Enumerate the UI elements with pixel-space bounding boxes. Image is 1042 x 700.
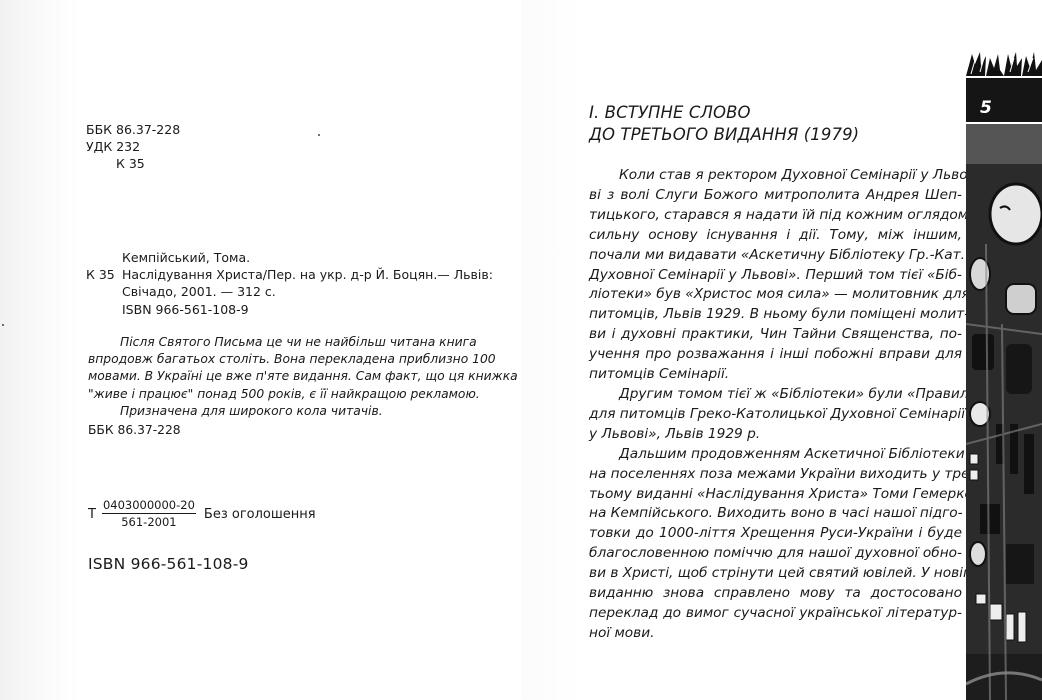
body-line: благословенною поміччю для нашої духовно…	[589, 544, 962, 564]
chapter-heading-line2: ДО ТРЕТЬОГО ВИДАННЯ (1979)	[589, 124, 859, 146]
catalog-author: Кемпійський, Тома.	[122, 249, 250, 266]
annotation-audience: Призначена для широкого кола читачів.	[88, 403, 474, 420]
chapter-body: Коли став я ректором Духовної Семінарії …	[589, 166, 962, 644]
body-line: ви і духовні практики, Чин Тайни Священс…	[589, 325, 962, 345]
print-code-fraction: 0403000000-20 561-2001	[102, 499, 196, 529]
catalog-entry: Кемпійський, Тома. К 35Наслідування Хрис…	[86, 249, 493, 318]
body-line: виданню знова справлено мову та достосов…	[589, 584, 962, 604]
body-line: для питомців Греко-Католицької Духовної …	[589, 405, 962, 425]
udk-code: УДК 232	[86, 138, 180, 155]
author-mark: К 35	[86, 155, 180, 172]
annotation-line: впродовж багатьох століть. Вона переклад…	[88, 351, 474, 368]
chapter-heading-line1: І. ВСТУПНЕ СЛОВО	[589, 102, 859, 124]
body-line: тьому виданні «Наслідування Христа» Томи…	[589, 485, 962, 505]
left-page: ББК 86.37-228 УДК 232 К 35 Кемпійський, …	[0, 0, 521, 700]
body-line: товки до 1000-ліття Хрещення Руси-Україн…	[589, 524, 962, 544]
body-line: ліотеки» був «Христос моя сила» — молито…	[589, 285, 962, 305]
body-line: питомців Семінарії.	[589, 365, 962, 385]
body-line: сильну основу існування і дії. Тому, між…	[589, 226, 962, 246]
print-code-numerator: 0403000000-20	[102, 499, 196, 514]
page-number-box: 5	[966, 78, 1042, 122]
print-code-letter: Т	[88, 507, 96, 522]
catalog-title: Наслідування Христа/Пер. на укр. д-р Й. …	[122, 266, 493, 283]
print-speck	[318, 134, 320, 136]
body-line: ві з волі Слуги Божого митрополита Андре…	[589, 186, 962, 206]
body-line: у Львові», Львів 1929 р.	[589, 425, 962, 445]
body-line: переклад до вимог сучасної української л…	[589, 604, 962, 624]
body-line: тицького, старався я надати їй під кожни…	[589, 206, 962, 226]
body-line: Духовної Семінарії у Львові». Перший том…	[589, 266, 962, 286]
catalog-publisher: Свічадо, 2001. — 312 с.	[122, 283, 276, 300]
body-line: учення про розважання і інші побожні впр…	[589, 345, 962, 365]
body-line: Дальшим продовженням Аскетичної Бібліоте…	[589, 445, 962, 465]
body-line: на Кемпійського. Виходить воно в часі на…	[589, 504, 962, 524]
stained-glass-image-icon	[966, 124, 1042, 700]
bbk-code: ББК 86.37-228	[86, 121, 180, 138]
annotation-bbk: ББК 86.37-228	[88, 422, 474, 439]
body-line: почали ми видавати «Аскетичну Бібліотеку…	[589, 246, 962, 266]
body-line: питомців, Львів 1929. В ньому були поміщ…	[589, 305, 962, 325]
print-code: Т 0403000000-20 561-2001 Без оголошення	[88, 499, 316, 529]
annotation-line: мовами. В Україні це вже п'яте видання. …	[88, 368, 474, 385]
annotation-line: "живе і працює" понад 500 років, є її на…	[88, 386, 474, 403]
body-line: ної мови.	[589, 624, 962, 644]
catalog-mark: К 35	[86, 266, 122, 283]
body-line: на поселеннях поза межами України виходи…	[589, 465, 962, 485]
print-code-denominator: 561-2001	[121, 514, 176, 529]
print-speck	[2, 324, 4, 326]
body-line: ви в Христі, щоб стрінути цей святий юві…	[589, 564, 962, 584]
ornamental-leaf-pattern-icon	[966, 52, 1042, 76]
print-code-note: Без оголошення	[204, 507, 316, 522]
page-number: 5	[980, 98, 992, 118]
catalog-isbn: ISBN 966-561-108-9	[122, 301, 249, 318]
chapter-heading: І. ВСТУПНЕ СЛОВО ДО ТРЕТЬОГО ВИДАННЯ (19…	[589, 102, 859, 146]
annotation: Після Святого Письма це чи не найбільш ч…	[88, 334, 474, 439]
annotation-line: Після Святого Письма це чи не найбільш ч…	[88, 334, 474, 351]
body-line: Коли став я ректором Духовної Семінарії …	[589, 166, 962, 186]
classification-codes: ББК 86.37-228 УДК 232 К 35	[86, 121, 180, 172]
isbn-large: ISBN 966-561-108-9	[88, 555, 249, 573]
body-line: Другим томом тієї ж «Бібліотеки» були «П…	[589, 385, 962, 405]
